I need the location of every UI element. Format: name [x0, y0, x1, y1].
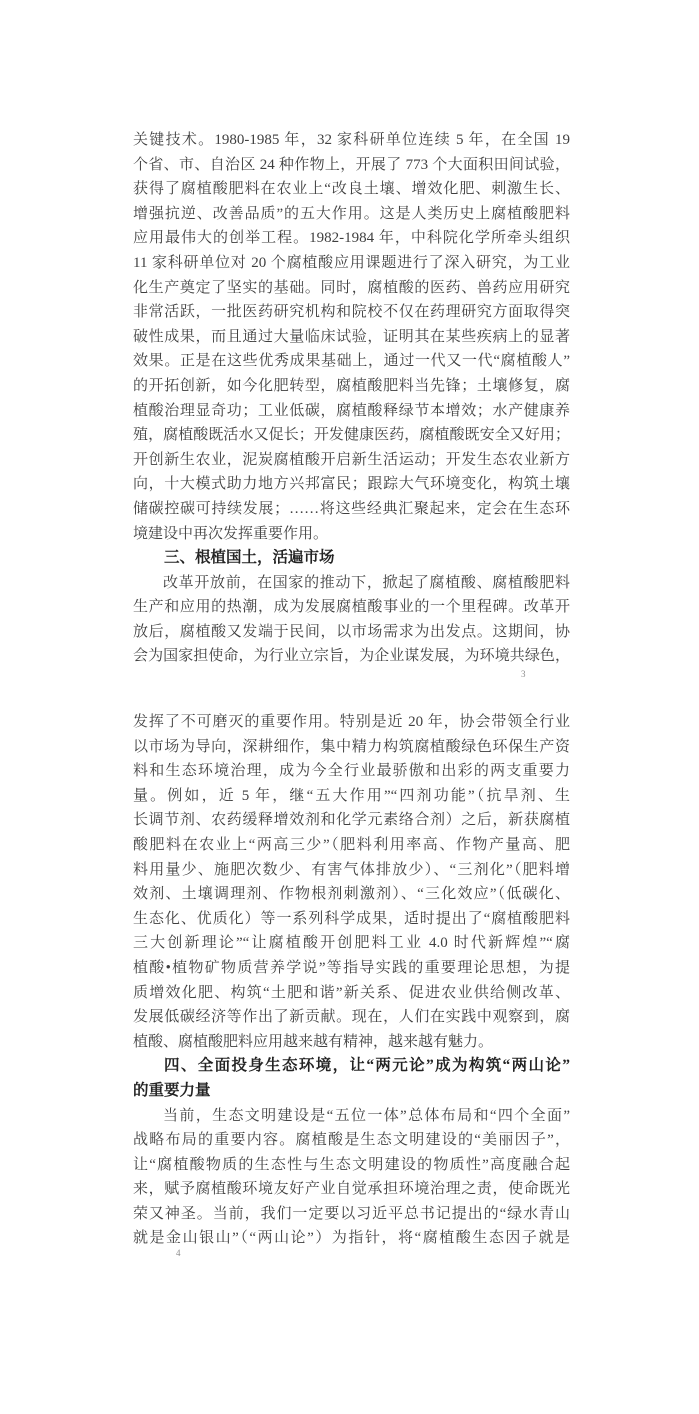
page-4-text-block: 发挥了不可磨灭的重要作用。特别是近 20 年，协会带领全行业 以市场为导向，深耕… — [133, 710, 570, 1251]
section-heading-4: 四、全面投身生态环境，让“两元论”成为构筑“两山论” — [133, 1054, 570, 1079]
text-line: 向，十大模式助力地方兴邦富民；跟踪大气环境变化，构筑土壤 — [133, 472, 570, 497]
page-3-text-block: 关键技术。1980-1985 年，32 家科研单位连续 5 年，在全国 19 个… — [133, 128, 570, 669]
text-line: 让“腐植酸物质的生态性与生态文明建设的物质性”高度融合起 — [133, 1153, 570, 1178]
text-line: 酸肥料在农业上“两高三少”（肥料利用率高、作物产量高、肥 — [133, 833, 570, 858]
page-number: 4 — [176, 1248, 181, 1258]
text-line: 来，赋予腐植酸环境友好产业自觉承担环境治理之责，使命既光 — [133, 1177, 570, 1202]
text-line: 增强抗逆、改善品质”的五大作用。这是人类历史上腐植酸肥料 — [133, 202, 570, 227]
text-line: 长调节剂、农药缓释增效剂和化学元素络合剂）之后，新获腐植 — [133, 808, 570, 833]
text-line: 效果。正是在这些优秀成果基础上，通过一代又一代“腐植酸人” — [133, 349, 570, 374]
text-line: 应用最伟大的创举工程。1982-1984 年，中科院化学所牵头组织 — [133, 226, 570, 251]
text-line: 发挥了不可磨灭的重要作用。特别是近 20 年，协会带领全行业 — [133, 710, 570, 735]
text-line: 当前，生态文明建设是“五位一体”总体布局和“四个全面” — [133, 1104, 570, 1129]
text-line: 会为国家担使命，为行业立宗旨，为企业谋发展，为环境共绿色， — [133, 644, 570, 669]
text-line: 料和生态环境治理，成为今全行业最骄傲和出彩的两支重要力 — [133, 759, 570, 784]
text-line: 质增效化肥、构筑“土肥和谐”新关系、促进农业供给侧改革、 — [133, 981, 570, 1006]
text-line: 植酸、腐植酸肥料应用越来越有精神，越来越有魅力。 — [133, 1030, 570, 1055]
text-line: 关键技术。1980-1985 年，32 家科研单位连续 5 年，在全国 19 — [133, 128, 570, 153]
text-line: 储碳控碳可持续发展；……将这些经典汇聚起来，定会在生态环 — [133, 497, 570, 522]
section-heading-4-continued: 的重要力量 — [133, 1079, 570, 1104]
text-line: 开创新生农业，泥炭腐植酸开启新生活运动；开发生态农业新方 — [133, 448, 570, 473]
text-line: 11 家科研单位对 20 个腐植酸应用课题进行了深入研究，为工业 — [133, 251, 570, 276]
text-line: 料用量少、施肥次数少、有害气体排放少）、“三剂化”（肥料增 — [133, 858, 570, 883]
text-line: 放后，腐植酸又发端于民间，以市场需求为出发点。这期间，协 — [133, 620, 570, 645]
text-line: 殖，腐植酸既活水又促长；开发健康医药，腐植酸既安全又好用； — [133, 423, 570, 448]
text-line: 的开拓创新，如今化肥转型，腐植酸肥料当先锋；土壤修复，腐 — [133, 374, 570, 399]
text-line: 植酸治理显奇功；工业低碳，腐植酸释绿节本增效；水产健康养 — [133, 399, 570, 424]
text-line: 三大创新理论”“让腐植酸开创肥料工业 4.0 时代新辉煌”“腐 — [133, 931, 570, 956]
text-line: 破性成果，而且通过大量临床试验，证明其在某些疾病上的显著 — [133, 325, 570, 350]
text-line: 荣又神圣。当前，我们一定要以习近平总书记提出的“绿水青山 — [133, 1202, 570, 1227]
section-heading-3: 三、根植国土，活遍市场 — [133, 546, 570, 571]
page-number: 3 — [521, 669, 526, 679]
document-viewer: 关键技术。1980-1985 年，32 家科研单位连续 5 年，在全国 19 个… — [0, 0, 699, 1414]
text-line: 以市场为导向，深耕细作，集中精力构筑腐植酸绿色环保生产资 — [133, 735, 570, 760]
text-line: 改革开放前，在国家的推动下，掀起了腐植酸、腐植酸肥料 — [133, 571, 570, 596]
text-line: 生产和应用的热潮，成为发展腐植酸事业的一个里程碑。改革开 — [133, 595, 570, 620]
text-line: 境建设中再次发挥重要作用。 — [133, 522, 570, 547]
text-line: 就是金山银山”（“两山论”）为指针，将“腐植酸生态因子就是 — [133, 1226, 570, 1251]
text-line: 个省、市、自治区 24 种作物上，开展了 773 个大面积田间试验， — [133, 153, 570, 178]
text-line: 效剂、土壤调理剂、作物根剂刺激剂）、“三化效应”（低碳化、 — [133, 882, 570, 907]
text-line: 化生产奠定了坚实的基础。同时，腐植酸的医药、兽药应用研究 — [133, 276, 570, 301]
text-line: 战略布局的重要内容。腐植酸是生态文明建设的“美丽因子”， — [133, 1128, 570, 1153]
text-line: 量。例如，近 5 年，继“五大作用”“四剂功能”（抗旱剂、生 — [133, 784, 570, 809]
text-line: 生态化、优质化）等一系列科学成果，适时提出了“腐植酸肥料 — [133, 907, 570, 932]
text-line: 获得了腐植酸肥料在农业上“改良土壤、增效化肥、刺激生长、 — [133, 177, 570, 202]
text-line: 植酸•植物矿物质营养学说”等指导实践的重要理论思想，为提 — [133, 956, 570, 981]
text-line: 发展低碳经济等作出了新贡献。现在，人们在实践中观察到，腐 — [133, 1005, 570, 1030]
text-line: 非常活跃，一批医药研究机构和院校不仅在药理研究方面取得突 — [133, 300, 570, 325]
